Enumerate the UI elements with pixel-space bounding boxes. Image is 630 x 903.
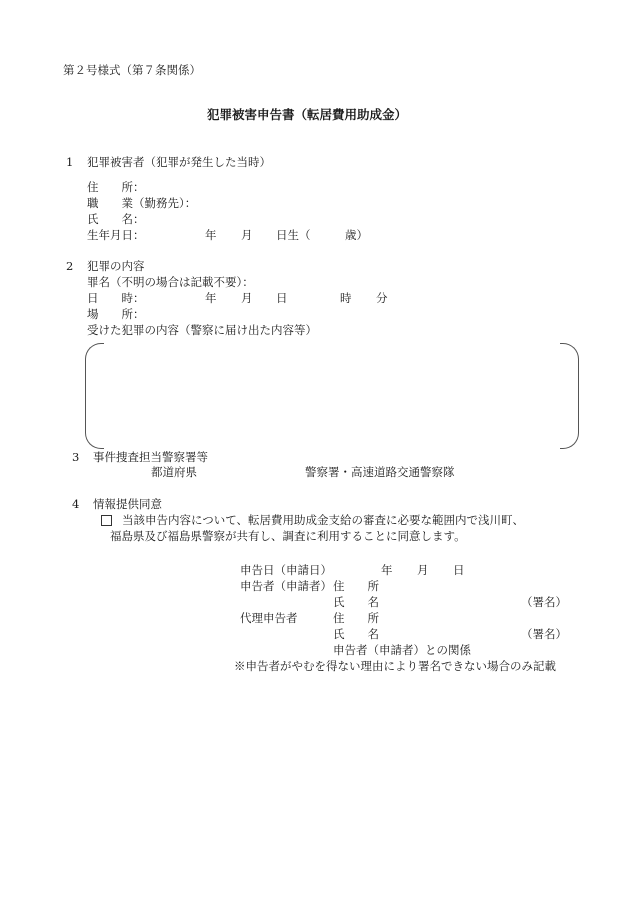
applicant-label: 申告者（申請者） [240,579,332,593]
age-unit: 歳） [345,228,368,242]
crime-year-unit: 年 [205,291,217,305]
section4-heading: 情報提供同意 [93,497,162,511]
crime-details-box[interactable] [85,343,578,447]
proxy-signature-note: （署名） [521,627,567,641]
proxy-relation-label: 申告者（申請者）との関係 [333,643,471,657]
proxy-label: 代理申告者 [240,611,298,625]
consent-text-line1: 当該申告内容について、転居費用助成金支給の審査に必要な範囲内で浅川町、 [122,513,524,527]
crime-day-unit: 日 [276,291,288,305]
crime-datetime-label: 日 時： [87,291,145,305]
section2-heading: 犯罪の内容 [87,259,145,273]
crime-minute-unit: 分 [376,291,388,305]
victim-name-label: 氏 名： [87,212,145,226]
prefecture-label: 都道府県 [151,465,197,479]
birth-year-unit: 年 [205,228,217,242]
victim-birthdate-label: 生年月日： [87,228,145,242]
section2-number: 2 [66,259,73,273]
application-day-unit: 日 [453,563,465,577]
victim-address-label: 住 所： [87,180,145,194]
applicant-address-label: 住 所 [333,579,379,593]
application-month-unit: 月 [417,563,429,577]
crime-place-label: 場 所： [87,307,145,321]
consent-checkbox[interactable] [101,514,112,528]
crime-month-unit: 月 [241,291,253,305]
application-year-unit: 年 [381,563,393,577]
page-title: 犯罪被害申告書（転居費用助成金） [207,108,407,122]
victim-occupation-label: 職 業（勤務先）： [87,196,196,210]
police-station-label: 警察署・高速道路交通警察隊 [305,465,455,479]
right-bracket [560,343,579,449]
applicant-name-label: 氏 名 [333,595,379,609]
section3-heading: 事件捜査担当警察署等 [93,450,208,464]
crime-name-label: 罪名（不明の場合は記載不要）： [87,275,254,289]
section3-number: 3 [72,450,79,464]
left-bracket [85,343,104,449]
proxy-footnote: ※申告者がやむを得ない理由により署名できない場合のみ記載 [234,659,556,673]
proxy-address-label: 住 所 [333,611,379,625]
birth-month-unit: 月 [241,228,253,242]
section1-heading: 犯罪被害者（犯罪が発生した当時） [87,155,271,169]
proxy-name-label: 氏 名 [333,627,379,641]
form-number: 第２号様式（第７条関係） [63,63,201,77]
crime-details-label: 受けた犯罪の内容（警察に届け出た内容等） [87,323,317,337]
application-date-label: 申告日（申請日） [240,563,332,577]
section1-number: 1 [66,155,73,169]
section4-number: 4 [72,497,79,511]
consent-text-line2: 福島県及び福島県警察が共有し、調査に利用することに同意します。 [110,529,466,543]
crime-hour-unit: 時 [340,291,352,305]
birth-day-unit: 日生（ [276,228,311,242]
applicant-signature-note: （署名） [521,595,567,609]
